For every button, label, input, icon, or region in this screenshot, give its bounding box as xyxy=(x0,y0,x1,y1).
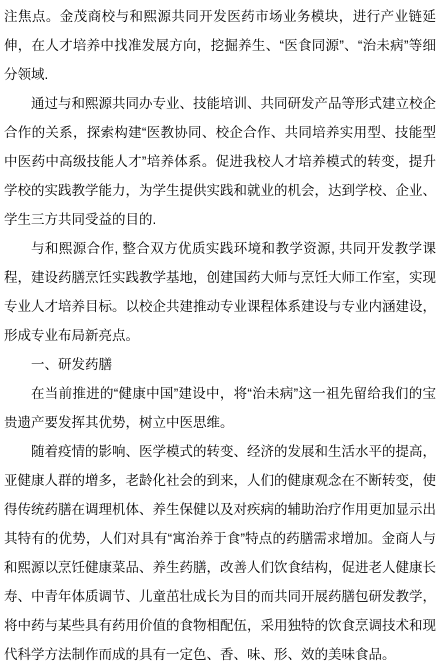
section-heading-develop-medicated-diet: 一、研发药膳 xyxy=(4,350,436,379)
paragraph-healthy-china: 在当前推进的“健康中国”建设中，将“治未病”这一祖先留给我们的宝贵遗产要发挥其优… xyxy=(4,379,436,437)
paragraph-school-enterprise-cooperation: 通过与和熙源共同办专业、技能培训、共同研发产品等形式建立校企合作的关系，探索构建… xyxy=(4,89,436,234)
document-page: 注焦点。金茂商校与和熙源共同开发医药市场业务模块，进行产业链延伸，在人才培养中找… xyxy=(0,0,442,668)
paragraph-medicated-diet-demand: 随着疫情的影响、医学模式的转变、经济的发展和生活水平的提高，亚健康人群的增多，老… xyxy=(4,437,436,668)
paragraph-continuation: 注焦点。金茂商校与和熙源共同开发医药市场业务模块，进行产业链延伸，在人才培养中找… xyxy=(4,2,436,89)
paragraph-curriculum-cooperation: 与和熙源合作, 整合双方优质实践环境和教学资源, 共同开发教学课程，建设药膳烹饪… xyxy=(4,234,436,350)
